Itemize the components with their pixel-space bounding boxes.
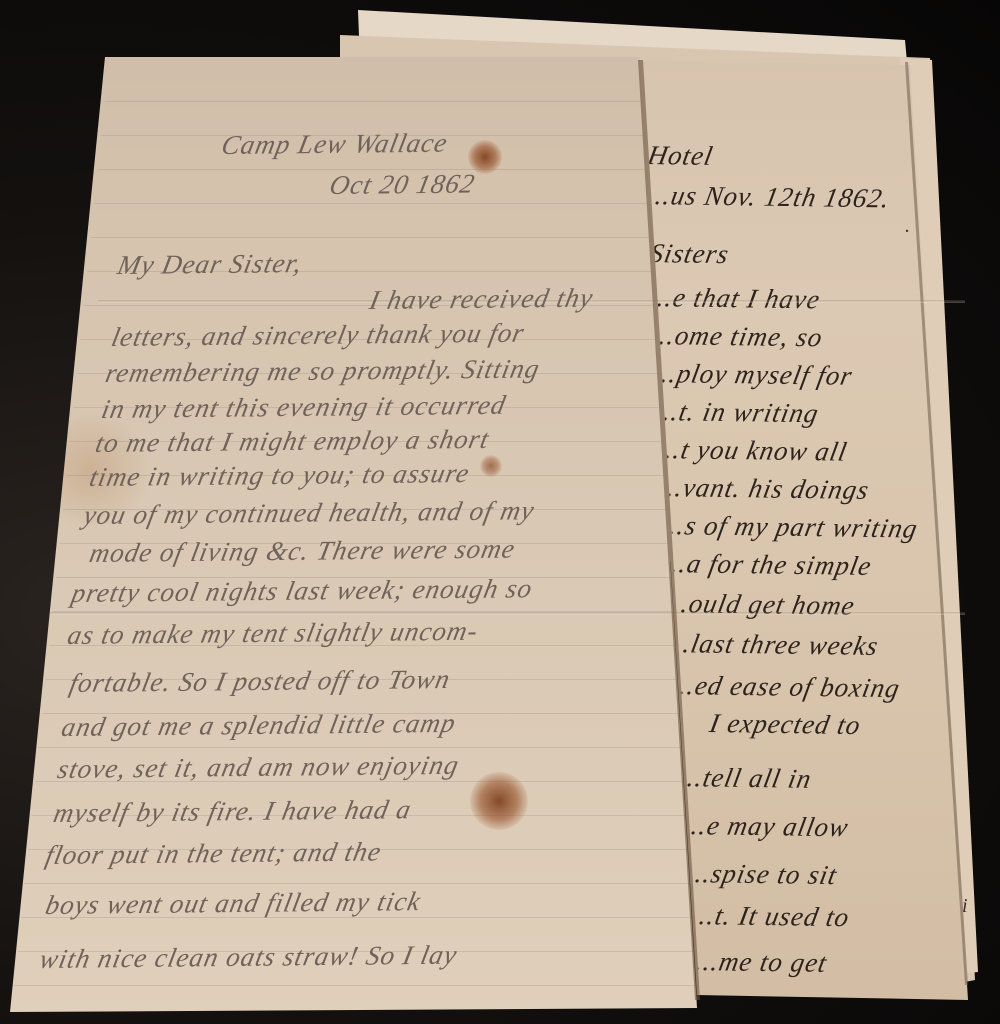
letter-right-line: ...ed ease of boxing: [669, 670, 903, 704]
letter-right-line: ...e may allow: [681, 810, 851, 843]
letter-left-line: and got me a splendid little camp: [59, 708, 459, 743]
letter-left-date: Oct 20 1862: [327, 168, 478, 201]
letter-right-line: ...s of my part writing: [659, 510, 921, 545]
letter-left-line: in my tent this evening it occurred: [99, 390, 509, 425]
letter-left-line: mode of living &c. There were some: [87, 534, 518, 569]
letter-left-line: you of my continued health, and of my: [81, 495, 538, 531]
letter-left-line: time in writing to you; to assure: [87, 458, 473, 493]
letter-right-date: ...us Nov. 12th 1862.: [645, 180, 893, 214]
letter-right-line: ...vant. his doings: [657, 472, 872, 506]
letter-right-line: ...ploy myself for: [651, 358, 855, 392]
letter-right-line: ...t. It used to: [689, 900, 852, 933]
edge-mark: .: [905, 215, 910, 238]
letter-left-line: pretty cool nights last week; enough so: [69, 573, 536, 609]
letter-left-line: fortable. So I posted off to Town: [67, 664, 453, 699]
letter-left-line: with nice clean oats straw! So I lay: [37, 940, 460, 975]
letter-left-salutation: My Dear Sister,: [115, 248, 305, 281]
letter-right-line: ...last three weeks: [665, 628, 881, 662]
letter-right-line: ...e that I have: [647, 282, 823, 315]
letter-right-line: ...a for the simple: [661, 548, 874, 582]
edge-mark: i: [962, 895, 968, 918]
letter-right-line: ...t you know all: [655, 434, 850, 468]
letter-left-line: letters, and sincerely thank you for: [109, 318, 528, 353]
letter-right-line: ...spise to sit: [685, 858, 840, 891]
letter-right-place: Hotel: [645, 140, 716, 172]
letter-left-line: myself by its fire. I have had a: [51, 794, 414, 829]
letter-right-line: ...ome time, so: [649, 320, 825, 353]
letter-left-line: I have received thy: [367, 283, 596, 316]
letter-right-salutation: Sisters: [647, 238, 732, 270]
letter-left-line: stove, set it, and am now enjoying: [55, 750, 462, 785]
letter-left-line: floor put in the tent; and the: [43, 836, 384, 871]
letter-right-line: ...ould get home: [663, 588, 858, 622]
letter-left-place: Camp Lew Wallace: [219, 128, 451, 161]
letter-right-line: I expected to: [707, 708, 863, 741]
letter-right-line: ...tell all in: [677, 762, 814, 795]
letter-left-line: boys went out and filled my tick: [43, 886, 424, 921]
letter-left-line: to me that I might employ a short: [93, 424, 492, 459]
letter-left-line: as to make my tent slightly uncom-: [65, 616, 481, 651]
letter-right-line: ...me to get: [693, 946, 830, 979]
letter-right-line: ...t. in writing: [653, 396, 822, 429]
letter-left-line: remembering me so promptly. Sitting: [103, 353, 543, 389]
